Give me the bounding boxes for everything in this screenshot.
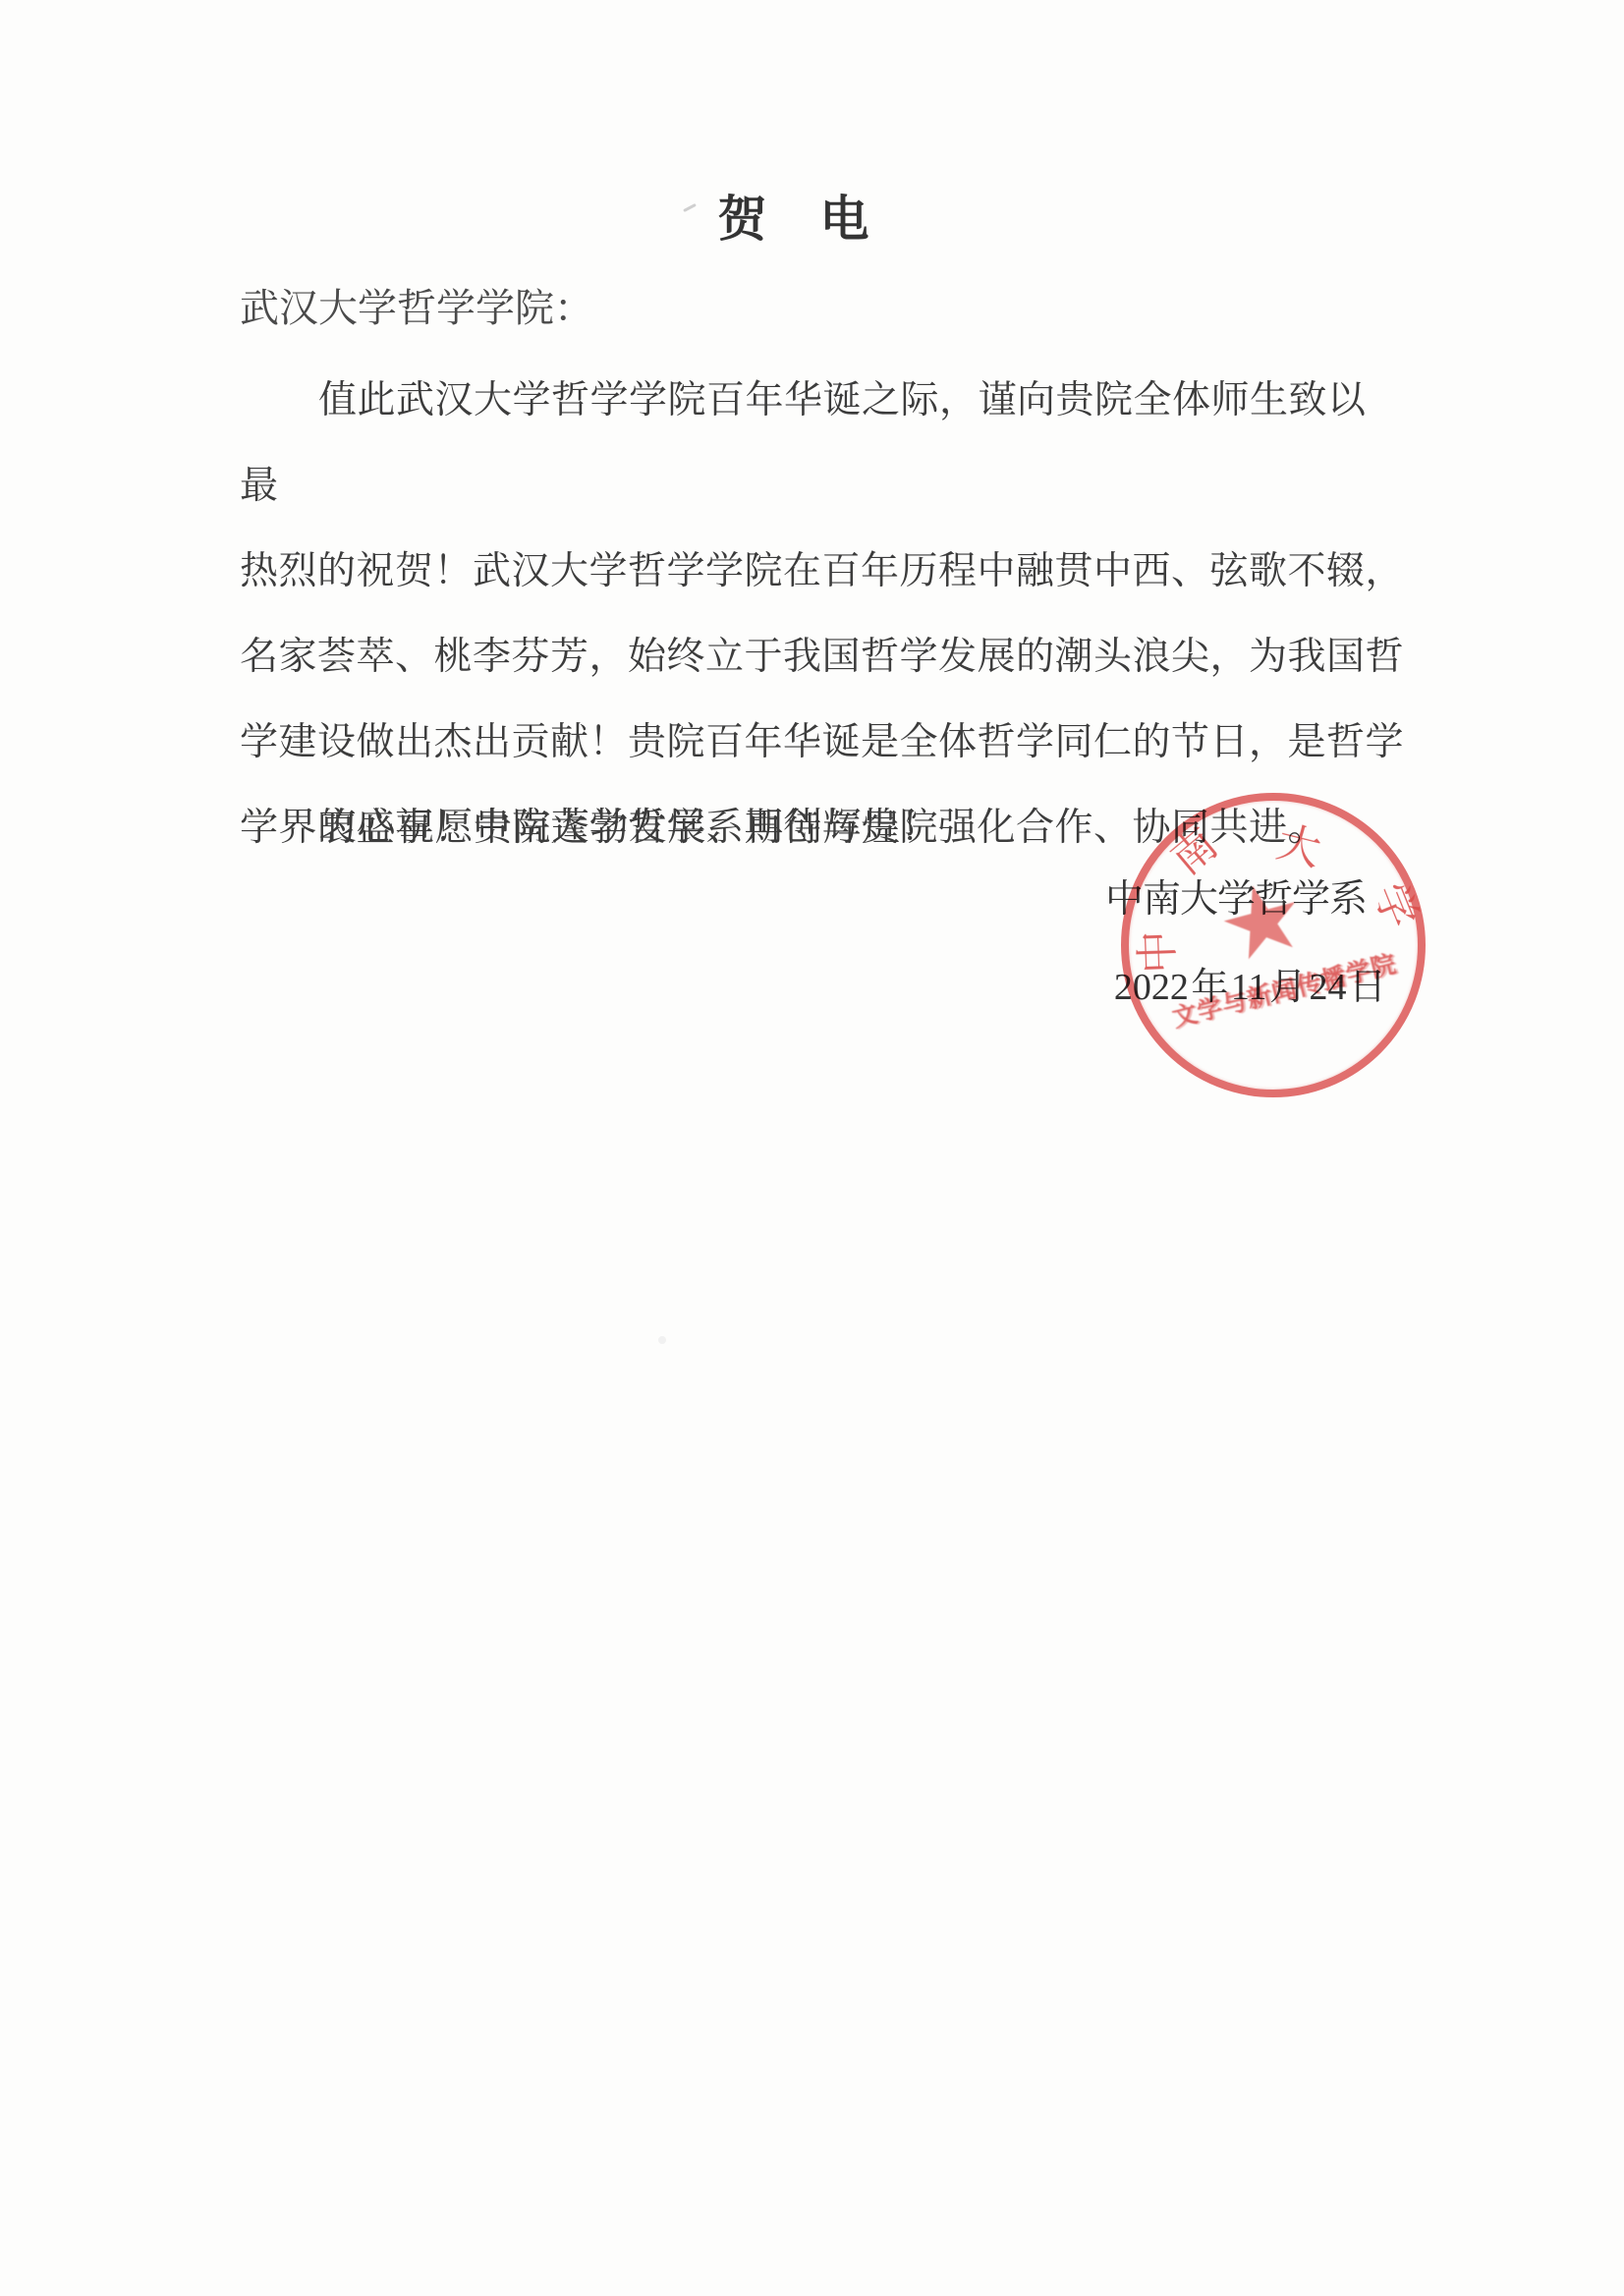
- scan-artifact: [658, 1336, 666, 1344]
- salutation: 武汉大学哲学学院：: [240, 284, 593, 333]
- seal-arc-char-4: 学: [1367, 877, 1423, 933]
- body-paragraph-2: 衷心祝愿贵院蓬勃发展、再创辉煌！: [240, 785, 1404, 870]
- letter-page: 贺 电 武汉大学哲学学院： 值此武汉大学哲学学院百年华诞之际，谨向贵院全体师生致…: [0, 0, 1624, 2296]
- date-line: 2022 年 11 月 24 日: [1114, 964, 1386, 1011]
- letter-title: 贺 电: [0, 189, 1606, 250]
- signature-org: 中南大学哲学系: [1105, 876, 1367, 924]
